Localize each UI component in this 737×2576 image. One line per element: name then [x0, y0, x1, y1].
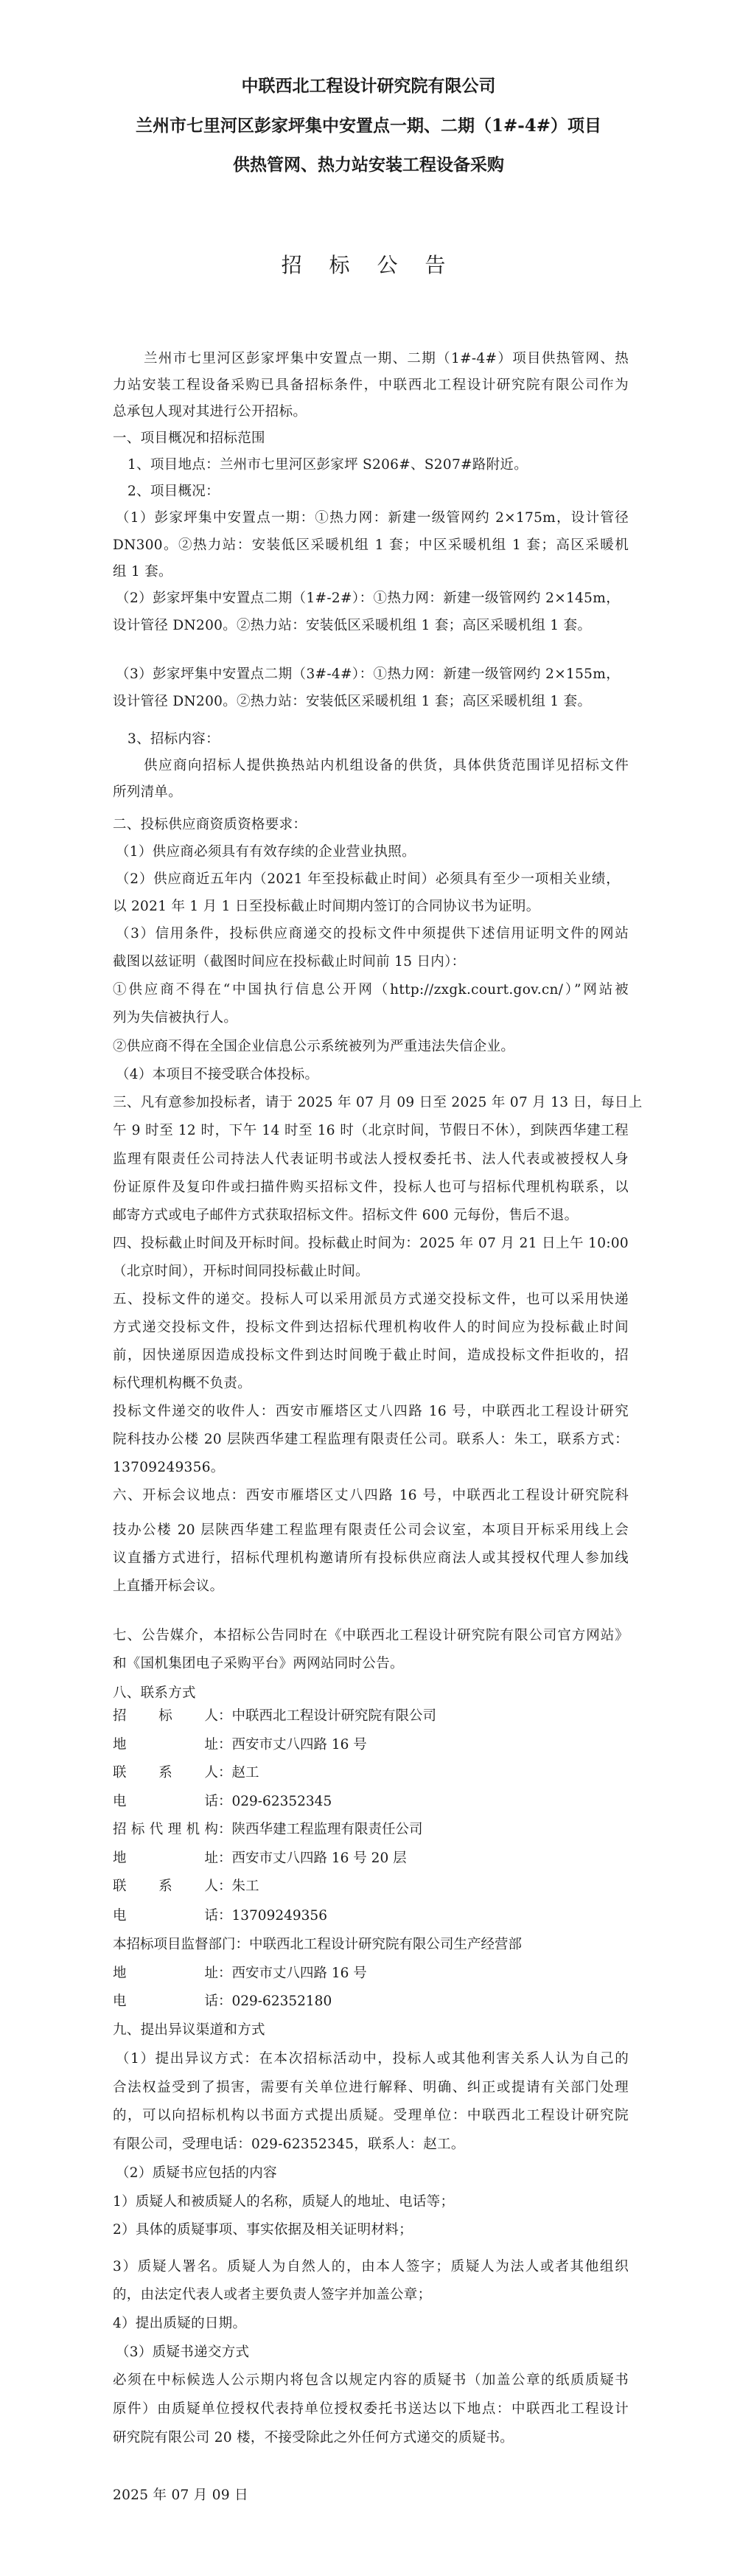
sub-heading: （3）质疑书递交方式 [116, 2344, 632, 2361]
contact-label: 电话 [113, 1907, 218, 1925]
paragraph-line: 研究院有限公司 20 楼，不接受除此之外任何方式递交的质疑书。 [113, 2429, 629, 2447]
paragraph-line: ①供应商不得在“中国执行信息公开网（http://zxgk.court.gov.… [113, 981, 629, 999]
contact-value: ：西安市丈八四路 16 号 20 层 [218, 1851, 407, 1866]
paragraph-line: 合法权益受到了损害，需要有关单位进行解释、明确、纠正或提请有关部门处理 [113, 2079, 629, 2097]
paragraph-line: DN300。②热力站：安装低区采暖机组 1 套；中区采暖机组 1 套；高区采暖机 [113, 537, 629, 554]
paragraph-line: 1）质疑人和被质疑人的名称，质疑人的地址、电话等； [113, 2193, 629, 2211]
paragraph-line: 所列清单。 [113, 784, 629, 801]
sub-heading: （2）质疑书应包括的内容 [116, 2165, 632, 2182]
section-heading: 八、联系方式 [113, 1685, 629, 1702]
paragraph-line: 3、招标内容： [128, 731, 643, 748]
contact-row-phone: 电话：029-62352180 [113, 1993, 332, 2011]
contact-value: ：陕西华建工程监理有限责任公司 [218, 1822, 423, 1837]
contact-label: 电话 [113, 1793, 218, 1811]
paragraph-line: 截图以兹证明（截图时间应在投标截止时间前 15 日内）： [113, 953, 629, 971]
paragraph-line: 六、开标会议地点：西安市雁塔区丈八四路 16 号，中联西北工程设计研究院科 [113, 1487, 629, 1505]
contact-row-person: 联系人：朱工 [113, 1878, 259, 1896]
section-heading: 一、项目概况和招标范围 [113, 430, 629, 448]
contact-value: ：西安市丈八四路 16 号 [218, 1966, 367, 1981]
paragraph-line: （3）信用条件，投标供应商递交的投标文件中须提供下述信用证明文件的网站 [116, 925, 629, 943]
paragraph-line: 有限公司，受理电话：029-62352345，联系人：赵工。 [113, 2136, 629, 2154]
paragraph-line: ②供应商不得在全国企业信息公示系统被列为严重违法失信企业。 [113, 1038, 629, 1056]
page-title: 招 标 公 告 [0, 249, 737, 279]
paragraph-line: 设计管径 DN200。②热力站：安装低区采暖机组 1 套；高区采暖机组 1 套。 [113, 617, 629, 635]
paragraph-line: （3）彭家坪集中安置点二期（3#-4#）：①热力网：新建一级管网约 2×155m… [116, 666, 620, 683]
paragraph-line: 组 1 套。 [113, 563, 629, 581]
contact-label: 地址 [113, 1736, 218, 1754]
paragraph-line: 的，可以向招标机构以书面方式提出质疑。受理单位：中联西北工程设计研究院 [113, 2107, 629, 2125]
contact-row-phone: 电话：029-62352345 [113, 1793, 332, 1811]
paragraph-line: （1）提出异议方式：在本次招标活动中，投标人或其他利害关系人认为自己的 [116, 2050, 629, 2068]
contact-row-person: 联系人：赵工 [113, 1764, 259, 1782]
paragraph-line: 标代理机构概不负责。 [113, 1375, 629, 1393]
paragraph-line: 七、公告媒介，本招标公告同时在《中联西北工程设计研究院有限公司官方网站》 [113, 1627, 629, 1645]
contact-value: ：西安市丈八四路 16 号 [218, 1737, 367, 1752]
paragraph-line: 投标文件递交的收件人：西安市雁塔区丈八四路 16 号，中联西北工程设计研究 [113, 1403, 629, 1421]
contact-row-agency: 招标代理机构：陕西华建工程监理有限责任公司 [113, 1821, 423, 1839]
paragraph-line: （2）供应商近五年内（2021 年至投标截止时间）必须具有至少一项相关业绩， [116, 871, 620, 888]
paragraph-line: 议直播方式进行，招标代理机构邀请所有投标供应商法人或其授权代理人参加线 [113, 1550, 629, 1567]
contact-row-address: 地址：西安市丈八四路 16 号 20 层 [113, 1850, 407, 1867]
paragraph-line: 监理有限责任公司持法人代表证明书或法人授权委托书、法人代表或被授权人身 [113, 1151, 629, 1169]
paragraph-line: （1）供应商必须具有有效存续的企业营业执照。 [116, 843, 632, 861]
tender-announcement-document: 中联西北工程设计研究院有限公司 兰州市七里河区彭家坪集中安置点一期、二期（1#-… [0, 0, 737, 2576]
paragraph-line: 2、项目概况： [128, 483, 643, 501]
paragraph-line: 4）提出质疑的日期。 [113, 2315, 629, 2333]
paragraph-line: 邮寄方式或电子邮件方式获取招标文件。招标文件 600 元每份，售后不退。 [113, 1207, 629, 1225]
intro-line: 总承包人现对其进行公开招标。 [113, 403, 629, 421]
contact-row-address: 地址：西安市丈八四路 16 号 [113, 1736, 367, 1754]
paragraph-line: 原件）由质疑单位授权代表持单位授权委托书送达以下地点：中联西北工程设计 [113, 2401, 629, 2418]
paragraph-line: 供应商向招标人提供换热站内机组设备的供货，具体供货范围详见招标文件 [144, 757, 629, 775]
contact-label: 联系人 [113, 1764, 218, 1782]
procurement-name-heading: 供热管网、热力站安装工程设备采购 [0, 151, 737, 175]
contact-label: 本招标项目监督部门 [113, 1936, 236, 1954]
paragraph-line: （4）本项目不接受联合体投标。 [116, 1066, 632, 1084]
contact-label: 联系人 [113, 1878, 218, 1896]
paragraph-line: 技办公楼 20 层陕西华建工程监理有限责任公司会议室，本项目开标采用线上会 [113, 1522, 629, 1539]
paragraph-line: 1、项目地点：兰州市七里河区彭家坪 S206#、S207#路附近。 [128, 456, 643, 474]
project-name-heading: 兰州市七里河区彭家坪集中安置点一期、二期（1#-4#）项目 [0, 112, 737, 136]
paragraph-line: 方式递交投标文件，投标文件到达招标代理机构收件人的时间应为投标截止时间 [113, 1319, 629, 1337]
paragraph-line: 和《国机集团电子采购平台》两网站同时公告。 [113, 1655, 629, 1673]
contact-value: ：中联西北工程设计研究院有限公司生产经营部 [236, 1937, 523, 1952]
section-heading: 九、提出异议渠道和方式 [113, 2022, 629, 2039]
paragraph-line: 2）具体的质疑事项、事实依据及相关证明材料； [113, 2221, 629, 2239]
paragraph-line: 13709249356。 [113, 1459, 629, 1477]
contact-row-tenderer: 招标人：中联西北工程设计研究院有限公司 [113, 1708, 436, 1725]
paragraph-line: 份证原件及复印件或扫描件购买招标文件，投标人也可与招标代理机构联系，以 [113, 1179, 629, 1197]
paragraph-line: 必须在中标候选人公示期内将包含以规定内容的质疑书（加盖公章的纸质质疑书 [113, 2372, 629, 2389]
paragraph-line: 三、凡有意参加投标者，请于 2025 年 07 月 09 日至 2025 年 0… [113, 1094, 629, 1112]
paragraph-line: 五、投标文件的递交。投标人可以采用派员方式递交投标文件，也可以采用快递 [113, 1291, 629, 1309]
intro-line: 力站安装工程设备采购已具备招标条件，中联西北工程设计研究院有限公司作为 [113, 377, 629, 394]
contact-value: ：029-62352180 [218, 1994, 332, 2009]
paragraph-line: 列为失信被执行人。 [113, 1009, 629, 1027]
contact-label: 招标人 [113, 1708, 218, 1725]
paragraph-line: 3）质疑人署名。质疑人为自然人的，由本人签字；质疑人为法人或者其他组织 [113, 2258, 629, 2276]
company-name-heading: 中联西北工程设计研究院有限公司 [0, 72, 737, 97]
contact-label: 地址 [113, 1965, 218, 1983]
contact-label: 电话 [113, 1993, 218, 2011]
paragraph-line: 前，因快递原因造成投标文件到达时间晚于截止时间，造成投标文件拒收的，招 [113, 1347, 629, 1365]
section-heading: 二、投标供应商资质资格要求： [113, 816, 629, 834]
contact-label: 地址 [113, 1850, 218, 1867]
paragraph-line: 设计管径 DN200。②热力站：安装低区采暖机组 1 套；高区采暖机组 1 套。 [113, 693, 629, 711]
contact-value: ：朱工 [218, 1879, 259, 1894]
issue-date: 2025 年 07 月 09 日 [113, 2487, 629, 2504]
paragraph-line: （北京时间），开标时间同投标截止时间。 [113, 1263, 629, 1281]
paragraph-line: 的，由法定代表人或者主要负责人签字并加盖公章； [113, 2286, 629, 2304]
paragraph-line: 上直播开标会议。 [113, 1578, 629, 1595]
contact-row-address: 地址：西安市丈八四路 16 号 [113, 1965, 367, 1983]
paragraph-line: （1）彭家坪集中安置点一期：①热力网：新建一级管网约 2×175m，设计管径 [116, 509, 629, 527]
contact-value: ：中联西北工程设计研究院有限公司 [218, 1708, 436, 1724]
contact-row-phone: 电话：13709249356 [113, 1907, 327, 1925]
paragraph-line: （2）彭家坪集中安置点二期（1#-2#）：①热力网：新建一级管网约 2×145m… [116, 590, 620, 608]
paragraph-line: 午 9 时至 12 时，下午 14 时至 16 时（北京时间，节假日不休），到陕… [113, 1122, 629, 1140]
contact-label: 招标代理机构 [113, 1821, 218, 1839]
contact-row-supervisor: 本招标项目监督部门：中联西北工程设计研究院有限公司生产经营部 [113, 1936, 522, 1954]
paragraph-line: 院科技办公楼 20 层陕西华建工程监理有限责任公司。联系人：朱工，联系方式： [113, 1431, 629, 1449]
intro-line: 兰州市七里河区彭家坪集中安置点一期、二期（1#-4#）项目供热管网、热 [144, 350, 629, 368]
contact-value: ：029-62352345 [218, 1794, 332, 1809]
paragraph-line: 四、投标截止时间及开标时间。投标截止时间为：2025 年 07 月 21 日上午… [113, 1235, 629, 1253]
paragraph-line: 以 2021 年 1 月 1 日至投标截止时间期内签订的合同协议书为证明。 [113, 898, 629, 916]
contact-value: ：13709249356 [218, 1908, 327, 1924]
contact-value: ：赵工 [218, 1765, 259, 1780]
